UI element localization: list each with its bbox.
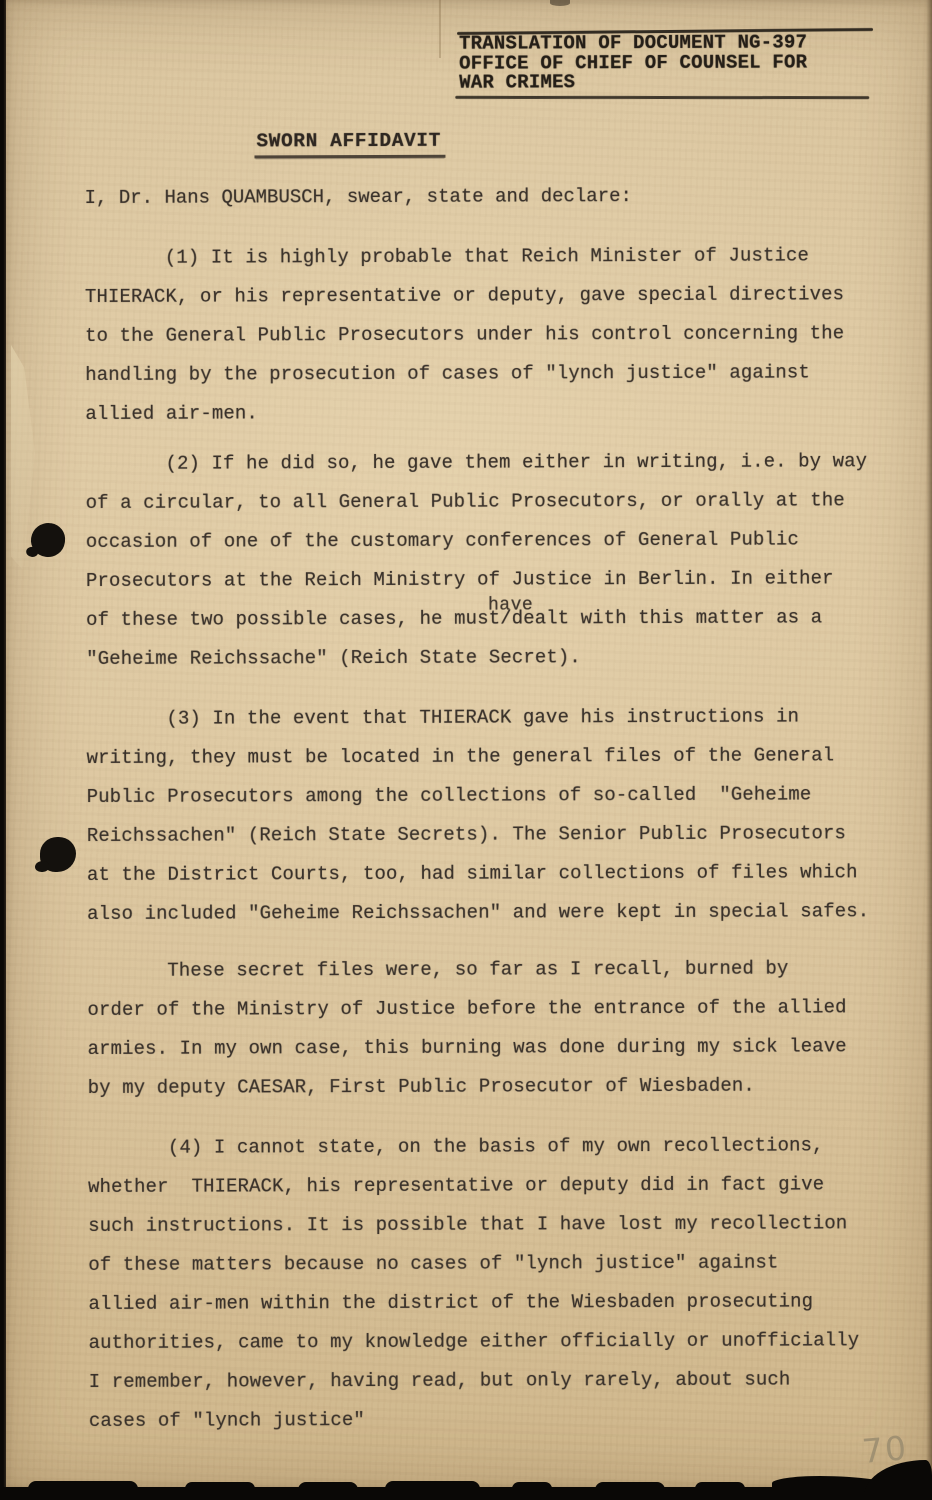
text-line: by my deputy CAESAR, First Public Prosec… [88, 1066, 847, 1108]
text-line: (4) I cannot state, on the basis of my o… [88, 1126, 859, 1168]
text-line: order of the Ministry of Justice before … [87, 988, 846, 1030]
scan-edge-bump [512, 1482, 552, 1489]
text-line: of these matters because no cases of "ly… [88, 1243, 859, 1285]
text-line: Reichssachen" (Reich State Secrets). The… [87, 814, 869, 856]
text-line: allied air-men within the district of th… [88, 1282, 859, 1324]
text-line: THIERACK, or his representative or deput… [85, 275, 844, 317]
scan-edge-bump [385, 1481, 480, 1490]
typed-content: TRANSLATION OF DOCUMENT NG-397OFFICE OF … [4, 0, 932, 1489]
paragraph-5: (4) I cannot state, on the basis of my o… [88, 1126, 860, 1441]
scan-edge-right [926, 0, 932, 1500]
text-line: whether THIERACK, his representative or … [88, 1165, 859, 1207]
document-title: SWORN AFFIDAVIT [254, 130, 445, 159]
text-line: cases of "lynch justice" [89, 1399, 860, 1441]
text-line: armies. In my own case, this burning was… [88, 1027, 847, 1069]
scan-edge-bump [595, 1482, 665, 1490]
paper: TRANSLATION OF DOCUMENT NG-397OFFICE OF … [6, 0, 932, 1488]
text-line: (3) In the event that THIERACK gave his … [86, 697, 868, 739]
text-line: handling by the prosecution of cases of … [85, 353, 844, 395]
text-line: These secret files were, so far as I rec… [87, 949, 846, 991]
text-line: I remember, however, having read, but on… [89, 1360, 860, 1402]
text-line: Public Prosecutors among the collections… [87, 775, 869, 817]
text-line: of a circular, to all General Public Pro… [86, 481, 868, 523]
scan-edge-bump [185, 1482, 255, 1489]
text-line: of these two possible cases, he must/dea… [86, 598, 868, 640]
paragraph-4: These secret files were, so far as I rec… [87, 949, 847, 1108]
paragraph-3: (3) In the event that THIERACK gave his … [86, 697, 869, 934]
scan-edge-bump [298, 1482, 358, 1490]
paragraph-2: have (2) If he did so, he gave them eith… [85, 442, 867, 679]
scan-edge-bump [695, 1482, 745, 1489]
opening-line: I, Dr. Hans QUAMBUSCH, swear, state and … [85, 177, 632, 218]
text-line: authorities, came to my knowledge either… [89, 1321, 860, 1363]
text-line: "Geheime Reichssache" (Reich State Secre… [86, 637, 868, 679]
text-line: Prosecutors at the Reich Ministry of Jus… [86, 559, 868, 601]
text-line: (2) If he did so, he gave them either in… [85, 442, 867, 484]
stamp-bottom-rule [455, 96, 869, 99]
scan-edge-left [0, 0, 6, 1500]
text-line: WAR CRIMES [459, 72, 807, 93]
text-line: to the General Public Prosecutors under … [85, 314, 844, 356]
text-line: at the District Courts, too, had similar… [87, 853, 869, 895]
stamp-text: TRANSLATION OF DOCUMENT NG-397OFFICE OF … [459, 33, 807, 93]
text-line: occasion of one of the customary confere… [86, 520, 868, 562]
text-line: (1) It is highly probable that Reich Min… [85, 236, 844, 278]
scanned-page: TRANSLATION OF DOCUMENT NG-397OFFICE OF … [0, 0, 932, 1500]
text-line: allied air-men. [85, 392, 844, 434]
scan-edge-bump [28, 1481, 138, 1490]
inserted-word-have: have [488, 595, 533, 615]
text-line: writing, they must be located in the gen… [87, 736, 869, 778]
text-line: such instructions. It is possible that I… [88, 1204, 859, 1246]
text-line: also included "Geheime Reichssachen" and… [87, 892, 869, 934]
document-stamp: TRANSLATION OF DOCUMENT NG-397OFFICE OF … [453, 26, 881, 105]
paragraph-1: (1) It is highly probable that Reich Min… [85, 236, 845, 434]
